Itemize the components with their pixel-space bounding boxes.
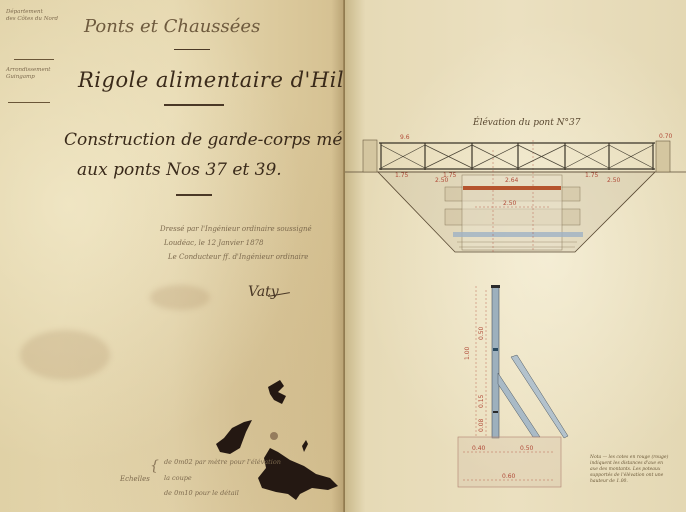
pier-right [656, 141, 670, 172]
scale-label: Echelles [120, 475, 150, 483]
dim-label: 1.00 [464, 346, 471, 360]
ink-stains [0, 0, 345, 512]
dim-label: 1.75 [585, 172, 599, 179]
detail-post [492, 286, 499, 438]
timber-deck [463, 186, 561, 190]
bridge-drawing: 9.6 1.75 1.75 1.75 2.50 2.64 2.50 2.50 0… [345, 0, 686, 512]
ink-blot [268, 380, 286, 404]
ink-drop [270, 432, 278, 440]
scale-brace: { [150, 458, 159, 474]
ink-drop [302, 440, 308, 452]
detail-strut-separate [511, 355, 568, 438]
scale-line-1: de 0m02 par mètre pour l'élévation [164, 458, 281, 466]
dim-label: 1.75 [395, 172, 409, 179]
pier-left [363, 140, 377, 172]
dim-label: 0.50 [478, 326, 485, 340]
footnote: Nota — les cotes en rouge (rouge) indiqu… [590, 455, 672, 485]
post-bolt [493, 348, 498, 351]
dim-label: 0.08 [478, 418, 485, 432]
dim-label: 0.15 [478, 394, 485, 408]
dim-label: 2.50 [607, 177, 621, 184]
dim-label: 9.6 [400, 134, 410, 141]
dim-label: 2.50 [435, 177, 449, 184]
ink-blot [216, 420, 252, 454]
dim-label: 0.70 [659, 133, 673, 140]
dim-label: 2.50 [503, 200, 517, 207]
right-page: Élévation du pont N°37 [345, 0, 686, 512]
dim-label: 2.64 [505, 177, 519, 184]
railing-crossbraces [381, 145, 653, 168]
scale-line-2: la coupe [164, 474, 192, 482]
scale-line-3: de 0m10 pour le détail [164, 489, 239, 497]
left-page: Département des Côtes du Nord Arrondisse… [0, 0, 345, 512]
dim-label: 0.60 [502, 473, 516, 480]
post-bolt [493, 411, 498, 413]
dim-label: 0.40 [472, 445, 486, 452]
water-level [453, 232, 583, 237]
post-cap [491, 285, 500, 288]
ink-blot [258, 448, 338, 500]
dim-label: 0.50 [520, 445, 534, 452]
